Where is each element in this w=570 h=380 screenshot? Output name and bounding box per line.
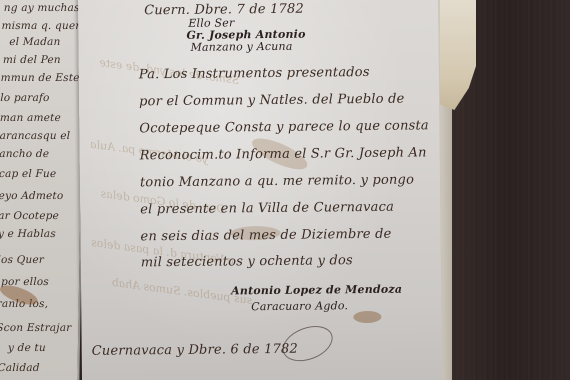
body-line: Ocotepeque Consta y parece lo que consta [139,118,429,136]
ink-blot [353,311,381,323]
footer-line: Cuernavaca y Dbre. 6 de 1782 [92,342,298,359]
left-fragment: lo parafo [0,92,50,104]
left-fragment: eyo Admeto [0,190,64,202]
left-fragment: el Madan [9,36,60,48]
body-line: por el Commun y Natles. del Pueblo de [139,92,405,110]
body-line: en seis dias del mes de Diziembre de [140,227,391,245]
left-fragment: mi del Pen [3,54,61,66]
left-fragment: y de tu [8,342,46,354]
left-fragment: Calidad [0,362,40,374]
left-fragment: cap el Fue [0,168,56,180]
left-fragment: ar Ocotepe [0,210,59,222]
header-name-2: Manzano y Acuna [190,40,292,54]
signature-name: Antonio Lopez de Mendoza [231,283,402,298]
signature-title: Caracuaro Agdo. [251,299,348,313]
left-fragment: Scon Estrajar [0,322,72,334]
left-fragment: arancasqu el [0,130,70,142]
body-line: Reconocim.to Informa el S.r Gr. Joseph A… [140,145,427,163]
body-line: tonio Manzano a qu. me remito. y pongo [140,172,414,190]
left-fragment: misma q. quer [1,20,80,32]
body-line: mil setecientos y ochenta y dos [141,253,353,270]
body-line: Pa. Los Instrumentos presentados [139,65,370,82]
left-fragment: ng ay muchas [4,2,80,14]
main-manuscript-page: Ssmo. de los ynd. de este yo el Marmo pa… [78,0,442,380]
left-fragment: y e Hablas [0,228,56,240]
left-fragment: ancho de [0,148,49,160]
document-photo: ng ay muchas misma q. quer el Madan mi d… [0,0,570,380]
left-fragment: mmun de Este [1,72,80,84]
left-underlying-page: ng ay muchas misma q. quer el Madan mi d… [0,0,86,380]
left-fragment: los Quer [0,254,44,266]
body-line: el presente en la Villa de Cuernavaca [140,200,394,218]
left-fragment: man amete [0,112,61,124]
